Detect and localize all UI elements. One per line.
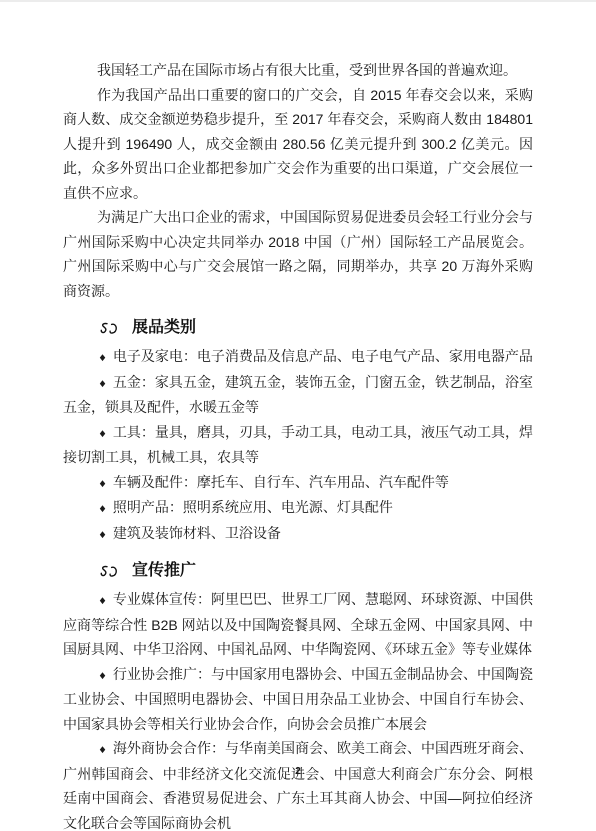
list-item: ◆电子及家电：电子消费品及信息产品、电子电气产品、家用电器产品 (63, 344, 533, 370)
intro-paragraph: 为满足广大出口企业的需求，中国国际贸易促进委员会轻工行业分会与广州国际采购中心决… (63, 205, 533, 303)
heading-ornament-icon (100, 322, 119, 335)
diamond-bullet-icon: ◆ (100, 588, 106, 613)
heading-ornament-icon (100, 565, 119, 578)
list-item: ◆海外商协会合作：与华南美国商会、欧美工商会、中国西班牙商会、广州韩国商会、中非… (63, 736, 533, 831)
diamond-bullet-icon: ◆ (100, 471, 106, 496)
section-title: 展品类别 (132, 316, 196, 340)
diamond-bullet-icon: ◆ (100, 496, 106, 521)
document-content: 我国轻工产品在国际市场占有很大比重，受到世界各国的普遍欢迎。 作为我国产品出口重… (63, 58, 533, 831)
list-item: ◆车辆及配件：摩托车、自行车、汽车用品、汽车配件等 (63, 470, 533, 496)
section-heading-promotion: 宣传推广 (63, 559, 533, 583)
list-item: ◆工具：量具，磨具，刃具，手动工具，电动工具，液压气动工具，焊接切割工具，机械工… (63, 420, 533, 470)
list-item: ◆建筑及装饰材料、卫浴设备 (63, 521, 533, 547)
diamond-bullet-icon: ◆ (100, 345, 106, 370)
section-heading-exhibit-categories: 展品类别 (63, 316, 533, 340)
diamond-bullet-icon: ◆ (100, 371, 106, 396)
list-item-text: 建筑及装饰材料、卫浴设备 (113, 525, 281, 541)
list-item-text: 行业协会推广：与中国家用电器协会、中国五金制品协会、中国陶瓷工业协会、中国照明电… (63, 666, 533, 732)
list-item: ◆专业媒体宣传：阿里巴巴、世界工厂网、慧聪网、环球资源、中国供应商等综合性 B2… (63, 587, 533, 662)
list-item-text: 专业媒体宣传：阿里巴巴、世界工厂网、慧聪网、环球资源、中国供应商等综合性 B2B… (63, 591, 533, 657)
list-item-text: 五金：家具五金，建筑五金，装饰五金，门窗五金，铁艺制品，浴室五金，锁具及配件，水… (63, 374, 533, 416)
intro-paragraph: 我国轻工产品在国际市场占有很大比重，受到世界各国的普遍欢迎。 (63, 58, 533, 83)
intro-paragraph: 作为我国产品出口重要的窗口的广交会，自 2015 年春交会以来，采购商人数、成交… (63, 83, 533, 206)
list-item-text: 照明产品：照明系统应用、电光源、灯具配件 (113, 499, 393, 515)
diamond-bullet-icon: ◆ (100, 522, 106, 547)
list-item: ◆五金：家具五金，建筑五金，装饰五金，门窗五金，铁艺制品，浴室五金，锁具及配件，… (63, 370, 533, 420)
list-item: ◆照明产品：照明系统应用、电光源、灯具配件 (63, 495, 533, 521)
list-item: ◆行业协会推广：与中国家用电器协会、中国五金制品协会、中国陶瓷工业协会、中国照明… (63, 662, 533, 737)
list-item-text: 车辆及配件：摩托车、自行车、汽车用品、汽车配件等 (113, 474, 449, 490)
document-page: 我国轻工产品在国际市场占有很大比重，受到世界各国的普遍欢迎。 作为我国产品出口重… (0, 0, 596, 831)
section-title: 宣传推广 (132, 559, 196, 583)
diamond-bullet-icon: ◆ (100, 663, 106, 688)
diamond-bullet-icon: ◆ (100, 421, 106, 446)
list-item-text: 工具：量具，磨具，刃具，手动工具，电动工具，液压气动工具，焊接切割工具，机械工具… (63, 424, 533, 466)
page-number: 2 (0, 766, 596, 777)
list-item-text: 海外商协会合作：与华南美国商会、欧美工商会、中国西班牙商会、广州韩国商会、中非经… (63, 740, 533, 831)
list-item-text: 电子及家电：电子消费品及信息产品、电子电气产品、家用电器产品 (113, 348, 533, 364)
diamond-bullet-icon: ◆ (100, 737, 106, 762)
